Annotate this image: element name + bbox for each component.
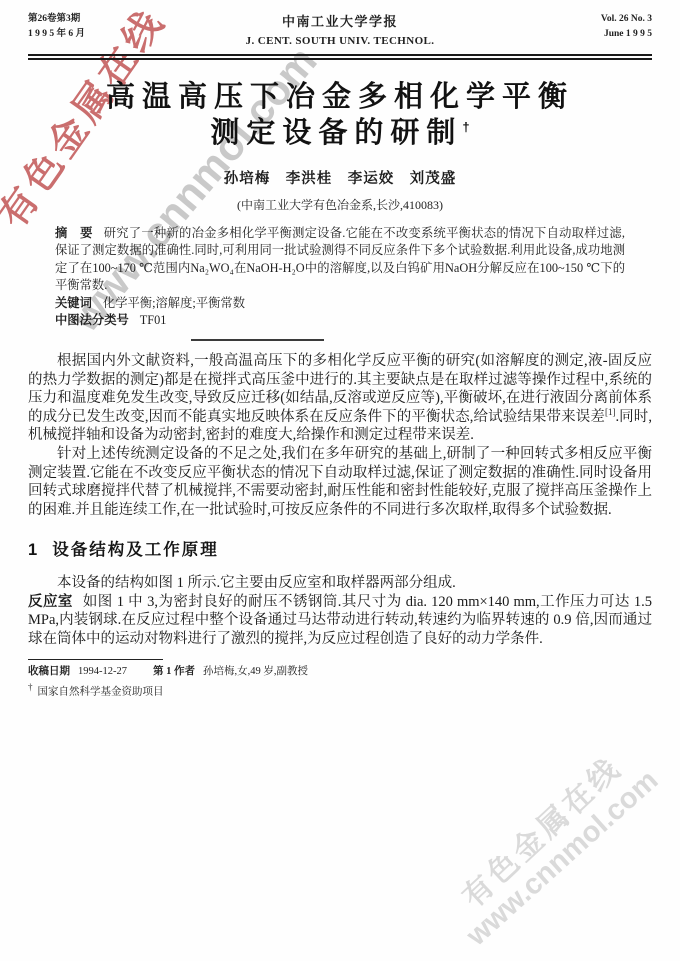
authors-line: 孙培梅 李洪桂 李运姣 刘茂盛 bbox=[28, 167, 652, 188]
journal-title-block: 中南工业大学学报 J. CENT. SOUTH UNIV. TECHNOL. bbox=[178, 12, 502, 50]
journal-title-cn: 中南工业大学学报 bbox=[178, 12, 502, 32]
clc-line: 中图法分类号TF01 bbox=[55, 312, 625, 330]
abstract-paragraph: 摘 要研究了一种新的冶金多相化学平衡测定设备.它能在不改变系统平衡状态的情况下自… bbox=[55, 225, 625, 295]
abstract-label: 摘 要 bbox=[55, 226, 93, 240]
abstract-text: 研究了一种新的冶金多相化学平衡测定设备.它能在不改变系统平衡状态的情况下自动取样… bbox=[55, 226, 625, 293]
section-1-heading: 1设备结构及工作原理 bbox=[28, 536, 652, 560]
volume-issue-en-line1: Vol. 26 No. 3 bbox=[502, 12, 652, 27]
paper-title-line2: 测定设备的研制 bbox=[210, 117, 462, 149]
reactor-paragraph-text: 如图 1 中 3,为密封良好的耐压不锈钢筒.其尺寸为 dia. 120 mm×1… bbox=[28, 594, 652, 647]
device-overview-paragraph: 本设备的结构如图 1 所示.它主要由反应室和取样器两部分组成. bbox=[28, 574, 652, 593]
reactor-paragraph: 反应室如图 1 中 3,为密封良好的耐压不锈钢筒.其尺寸为 dia. 120 m… bbox=[28, 593, 652, 649]
watermark-url-bottom: www.cnnmol.com bbox=[460, 764, 664, 953]
watermark-brand-bottom: 有色金属在线 bbox=[450, 744, 629, 915]
received-date-label: 收稿日期 bbox=[28, 666, 70, 677]
paper-title-line1: 高温高压下冶金多相化学平衡 bbox=[106, 81, 574, 113]
clc-label: 中图法分类号 bbox=[55, 313, 129, 327]
citation-ref-1: [1] bbox=[605, 407, 616, 417]
title-footnote-mark: † bbox=[462, 119, 469, 134]
reactor-lead-label: 反应室 bbox=[28, 594, 73, 610]
fund-note: 国家自然科学基金资助项目 bbox=[38, 686, 164, 697]
clc-code: TF01 bbox=[140, 313, 167, 327]
affiliation-line: (中南工业大学有色冶金系,长沙,410083) bbox=[28, 196, 652, 213]
fund-mark: † bbox=[28, 682, 33, 692]
header-double-rule bbox=[28, 54, 652, 60]
journal-title-en: J. CENT. SOUTH UNIV. TECHNOL. bbox=[178, 33, 502, 50]
keywords-text: 化学平衡;溶解度;平衡常数 bbox=[103, 296, 245, 310]
footnote-area: 收稿日期1994-12-27第 1 作者孙培梅,女,49 岁,副教授 †国家自然… bbox=[28, 659, 652, 701]
intro-paragraph-1-text: 根据国内外文献资料,一般高温高压下的多相化学反应平衡的研究(如溶解度的测定,液-… bbox=[28, 353, 652, 425]
paper-title: 高温高压下冶金多相化学平衡 测定设备的研制† bbox=[28, 80, 652, 151]
keywords-label: 关键词 bbox=[55, 296, 92, 310]
footnote-line-1: 收稿日期1994-12-27第 1 作者孙培梅,女,49 岁,副教授 bbox=[28, 663, 652, 680]
received-date: 1994-12-27 bbox=[78, 666, 127, 677]
keywords-line: 关键词化学平衡;溶解度;平衡常数 bbox=[55, 295, 625, 313]
intro-paragraph-2: 针对上述传统测定设备的不足之处,我们在多年研究的基础上,研制了一种回转式多相反应… bbox=[28, 445, 652, 519]
footnote-rule bbox=[28, 659, 163, 660]
abstract-divider-rule bbox=[191, 339, 324, 341]
abstract-section: 摘 要研究了一种新的冶金多相化学平衡测定设备.它能在不改变系统平衡状态的情况下自… bbox=[55, 225, 625, 330]
volume-issue-cn: 第26卷第3期 1 9 9 5 年 6 月 bbox=[28, 12, 178, 41]
volume-issue-cn-line1: 第26卷第3期 bbox=[28, 12, 178, 27]
page-content: 第26卷第3期 1 9 9 5 年 6 月 中南工业大学学报 J. CENT. … bbox=[0, 0, 680, 701]
volume-issue-cn-line2: 1 9 9 5 年 6 月 bbox=[28, 27, 178, 42]
masthead: 第26卷第3期 1 9 9 5 年 6 月 中南工业大学学报 J. CENT. … bbox=[28, 12, 652, 50]
section-1-title: 设备结构及工作原理 bbox=[52, 541, 219, 559]
first-author-label: 第 1 作者 bbox=[153, 666, 195, 677]
footnote-line-2: †国家自然科学基金资助项目 bbox=[28, 680, 652, 701]
first-author-info: 孙培梅,女,49 岁,副教授 bbox=[203, 666, 308, 677]
intro-paragraph-1: 根据国内外文献资料,一般高温高压下的多相化学反应平衡的研究(如溶解度的测定,液-… bbox=[28, 352, 652, 445]
volume-issue-en: Vol. 26 No. 3 June 1 9 9 5 bbox=[502, 12, 652, 41]
volume-issue-en-line2: June 1 9 9 5 bbox=[502, 27, 652, 42]
section-1-number: 1 bbox=[28, 541, 37, 559]
journal-page: 有色金属在线 www.cnnmol.com 有色金属在线 www.cnnmol.… bbox=[0, 0, 680, 961]
